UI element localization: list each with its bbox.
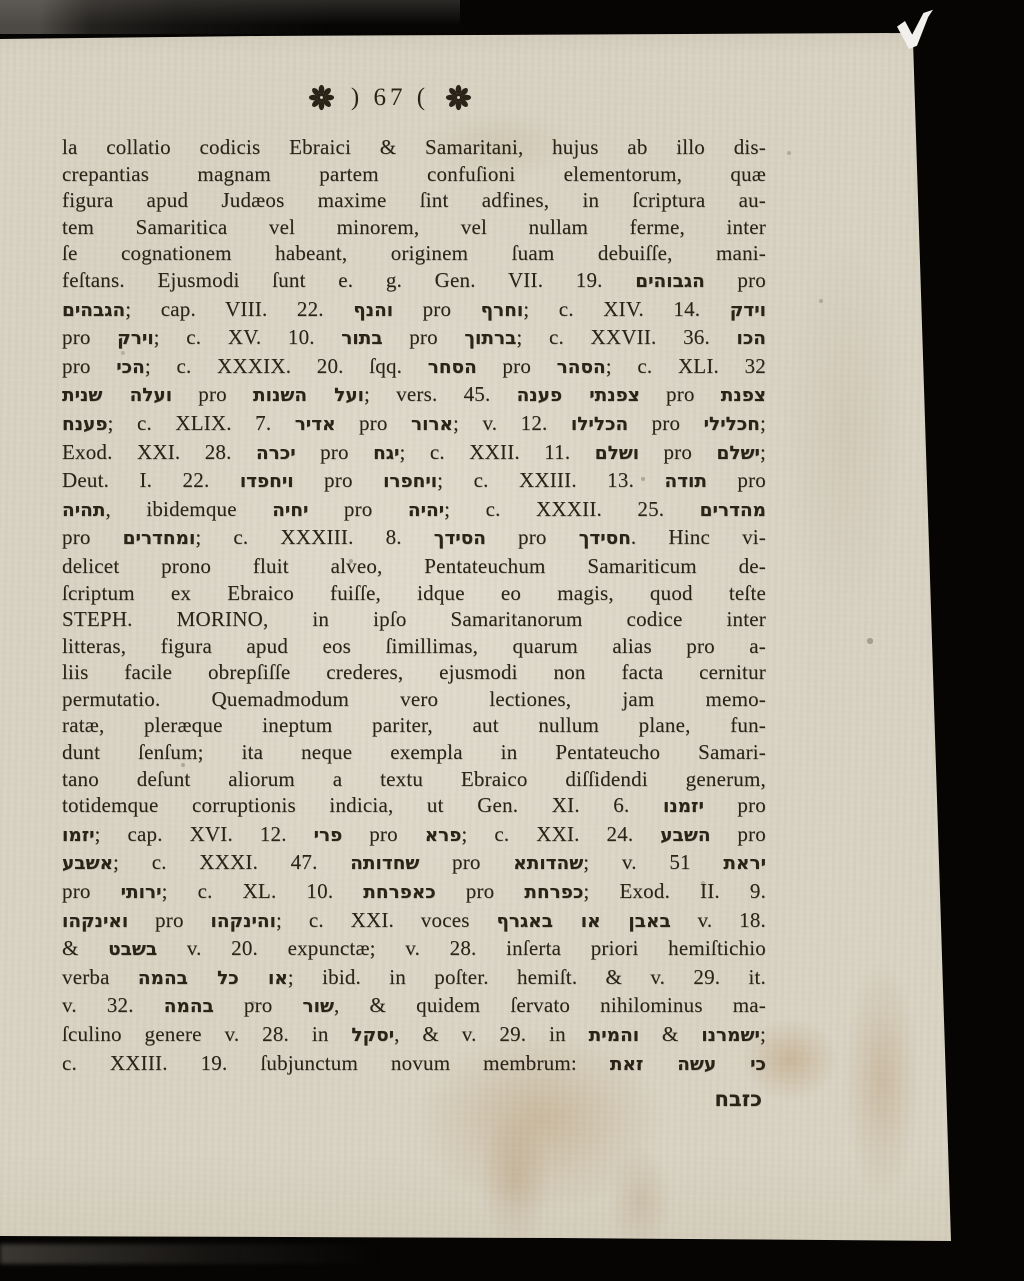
text-line: permutatio. Quemadmodum vero lectiones, … [62, 686, 766, 713]
text-line: ועלה שנית pro ועל השנות; vers. 45. צפנתי… [62, 381, 766, 410]
text-line: verba או כל בהמה; ibid. in poſter. hemiſ… [62, 964, 766, 993]
text-line: crepantias magnam partem confuſioni elem… [62, 161, 766, 188]
text-line: Exod. XXI. 28. יכרה pro יגח; c. XXII. 11… [62, 439, 766, 468]
text-line: יזמו; cap. XVI. 12. פרי pro פרא; c. XXI.… [62, 821, 766, 850]
text-line: אשבע; c. XXXI. 47. שחדותה pro שהדותא; v.… [62, 849, 766, 878]
text-line: & בשבט v. 20. expunctæ; v. 28. inſerta p… [62, 935, 766, 964]
text-line: pro ומחדרים; c. XXXIII. 8. הסידך pro חסי… [62, 524, 766, 553]
text-line: liis facile obrepſiſſe crederes, ejusmod… [62, 659, 766, 686]
page-header: ) 67 ( [180, 84, 600, 112]
text-line: הגבהים; cap. VIII. 22. והנף pro וחרף; c.… [62, 296, 766, 325]
text-line: תהיה, ibidemque יחיה pro יהיה; c. XXXII.… [62, 496, 766, 525]
text-line: ratæ, pleræque ineptum pariter, aut null… [62, 712, 766, 739]
text-line: pro הכי; c. XXXIX. 20. ſqq. הסחר pro הסה… [62, 353, 766, 382]
text-line: c. XXIII. 19. ſubjunctum novum membrum: … [62, 1050, 766, 1079]
text-line: ואינקהו pro והינקהו; c. XXI. voces באבן … [62, 907, 766, 936]
text-line: pro וירק; c. XV. 10. בתור pro ברתוך; c. … [62, 324, 766, 353]
text-line: Deut. I. 22. ויחפדו pro ויחפרו; c. XXIII… [62, 467, 766, 496]
flower-ornament-icon [308, 84, 335, 111]
catchword: כזבח [62, 1086, 766, 1113]
scanned-page: { "page": { "header": { "ornament": "flo… [0, 0, 1024, 1281]
page-number: ) 67 ( [351, 84, 429, 111]
text-line: tem Samaritica vel minorem, vel nullam f… [62, 214, 766, 241]
book-spine-edge-bottom [0, 1244, 380, 1264]
text-line: פענח; c. XLIX. 7. אדיר pro ארור; v. 12. … [62, 410, 766, 439]
text-line: ſculino genere v. 28. in יסקל, & v. 29. … [62, 1021, 766, 1050]
text-line: la collatio codicis Ebraici & Samaritani… [62, 134, 766, 161]
text-line: v. 32. בהמה pro שור, & quidem ſervato ni… [62, 992, 766, 1021]
text-line: ſcriptum ex Ebraico fuiſſe, idque eo mag… [62, 580, 766, 607]
text-line: pro ירותי; c. XL. 10. כאפרחת pro כפרחת; … [62, 878, 766, 907]
text-line: STEPH. MORINO, in ipſo Samaritanorum cod… [62, 606, 766, 633]
text-line: feſtans. Ejusmodi ſunt e. g. Gen. VII. 1… [62, 267, 766, 296]
body-text: la collatio codicis Ebraici & Samaritani… [62, 134, 766, 1113]
text-line: litteras, figura apud eos ſimillimas, qu… [62, 633, 766, 660]
text-line: ſe cognationem habeant, originem ſuam de… [62, 240, 766, 267]
text-line: dunt ſenſum; ita neque exempla in Pentat… [62, 739, 766, 766]
text-line: delicet prono fluit alveo, Pentateuchum … [62, 553, 766, 580]
text-line: figura apud Judæos maxime ſint adfines, … [62, 187, 766, 214]
flower-ornament-icon [445, 84, 472, 111]
book-spine-edge-top [0, 0, 460, 34]
text-line: tano deſunt aliorum a textu Ebraico diſſ… [62, 766, 766, 793]
body-text-lines: la collatio codicis Ebraici & Samaritani… [62, 134, 766, 1078]
text-line: totidemque corruptionis indicia, ut Gen.… [62, 792, 766, 821]
